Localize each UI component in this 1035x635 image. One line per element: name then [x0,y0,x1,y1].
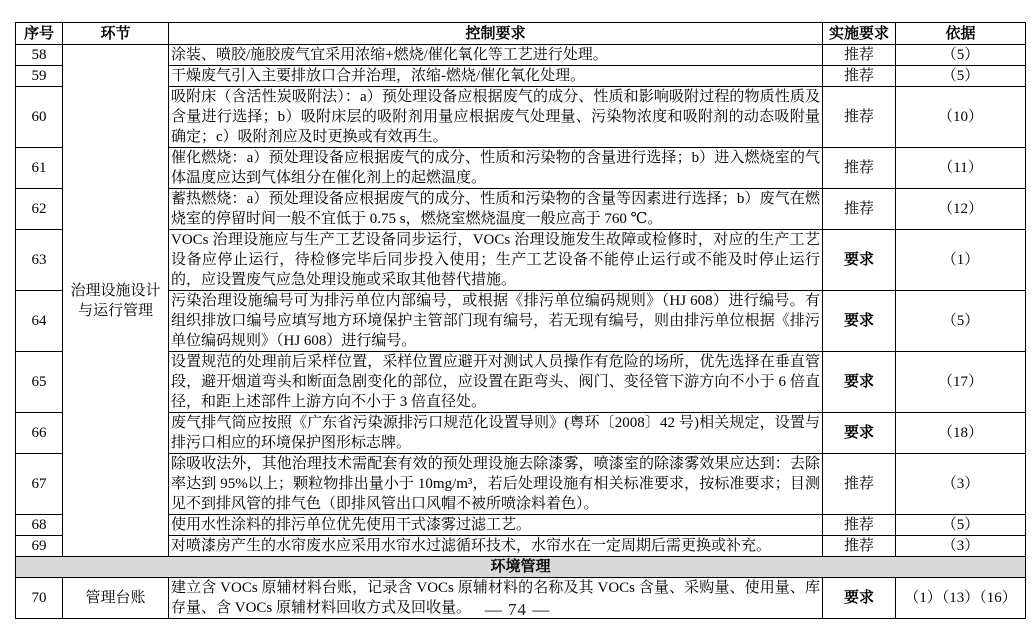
basis-cell: （3） [896,454,1026,515]
control-cell: 蓄热燃烧：a）预处理设备应根据废气的成分、性质和污染物的含量等因素进行选择；b）… [169,189,823,230]
header-row: 序号 环节 控制要求 实施要求 依据 [16,23,1026,45]
section-header-row: 环境管理 [16,557,1026,578]
document-page: 序号 环节 控制要求 实施要求 依据 58 治理设施设计与运行管理 涂装、喷胶/… [0,0,1035,635]
row-number-cell: 66 [16,413,63,454]
row-number-cell: 64 [16,291,63,352]
row-number-cell: 59 [16,66,63,87]
row-number-cell: 65 [16,352,63,413]
impl-cell: 推荐 [823,148,896,189]
impl-cell: 推荐 [823,66,896,87]
row-number-cell: 67 [16,454,63,515]
impl-cell: 要求 [823,230,896,291]
stage-cell: 治理设施设计与运行管理 [63,45,169,557]
row-number-cell: 69 [16,536,63,557]
header-control: 控制要求 [169,23,823,45]
row-number-cell: 61 [16,148,63,189]
impl-cell: 要求 [823,413,896,454]
control-cell: 干燥废气引入主要排放口合并治理，浓缩-燃烧/催化氧化处理。 [169,66,823,87]
control-cell: VOCs 治理设施应与生产工艺设备同步运行，VOCs 治理设施发生故障或检修时，… [169,230,823,291]
control-requirements-table: 序号 环节 控制要求 实施要求 依据 58 治理设施设计与运行管理 涂装、喷胶/… [15,22,1026,619]
control-cell: 对喷漆房产生的水帘废水应采用水帘水过滤循环技术，水帘水在一定周期后需更换或补充。 [169,536,823,557]
control-cell: 使用水性涂料的排污单位优先使用干式漆雾过滤工艺。 [169,515,823,536]
basis-cell: （5） [896,515,1026,536]
control-cell: 涂装、喷胶/施胶废气宜采用浓缩+燃烧/催化氧化等工艺进行处理。 [169,45,823,66]
section-header-cell: 环境管理 [16,557,1026,578]
row-number-cell: 58 [16,45,63,66]
basis-cell: （17） [896,352,1026,413]
impl-cell: 推荐 [823,515,896,536]
impl-cell: 推荐 [823,536,896,557]
impl-cell: 推荐 [823,189,896,230]
impl-cell: 推荐 [823,87,896,148]
control-cell: 除吸收法外，其他治理技术需配套有效的预处理设施去除漆雾，喷漆室的除漆雾效果应达到… [169,454,823,515]
row-number-cell: 62 [16,189,63,230]
basis-cell: （11） [896,148,1026,189]
header-stage: 环节 [63,23,169,45]
basis-cell: （10） [896,87,1026,148]
header-no: 序号 [16,23,63,45]
header-impl: 实施要求 [823,23,896,45]
header-basis: 依据 [896,23,1026,45]
control-cell: 设置规范的处理前后采样位置，采样位置应避开对测试人员操作有危险的场所，优先选择在… [169,352,823,413]
row-number-cell: 63 [16,230,63,291]
row-number-cell: 60 [16,87,63,148]
page-number: — 74 — [0,600,1035,620]
impl-cell: 要求 [823,291,896,352]
basis-cell: （3） [896,536,1026,557]
impl-cell: 要求 [823,352,896,413]
control-cell: 废气排气筒应按照《广东省污染源排污口规范化设置导则》(粤环〔2008〕42 号)… [169,413,823,454]
basis-cell: （5） [896,291,1026,352]
table-row: 58 治理设施设计与运行管理 涂装、喷胶/施胶废气宜采用浓缩+燃烧/催化氧化等工… [16,45,1026,66]
control-cell: 催化燃烧：a）预处理设备应根据废气的成分、性质和污染物的含量进行选择；b）进入燃… [169,148,823,189]
basis-cell: （1） [896,230,1026,291]
basis-cell: （5） [896,66,1026,87]
impl-cell: 推荐 [823,45,896,66]
row-number-cell: 68 [16,515,63,536]
control-cell: 吸附床（含活性炭吸附法）：a）预处理设备应根据废气的成分、性质和影响吸附过程的物… [169,87,823,148]
control-cell: 污染治理设施编号可为排污单位内部编号，或根据《排污单位编码规则》（HJ 608）… [169,291,823,352]
basis-cell: （12） [896,189,1026,230]
basis-cell: （5） [896,45,1026,66]
impl-cell: 推荐 [823,454,896,515]
basis-cell: （18） [896,413,1026,454]
